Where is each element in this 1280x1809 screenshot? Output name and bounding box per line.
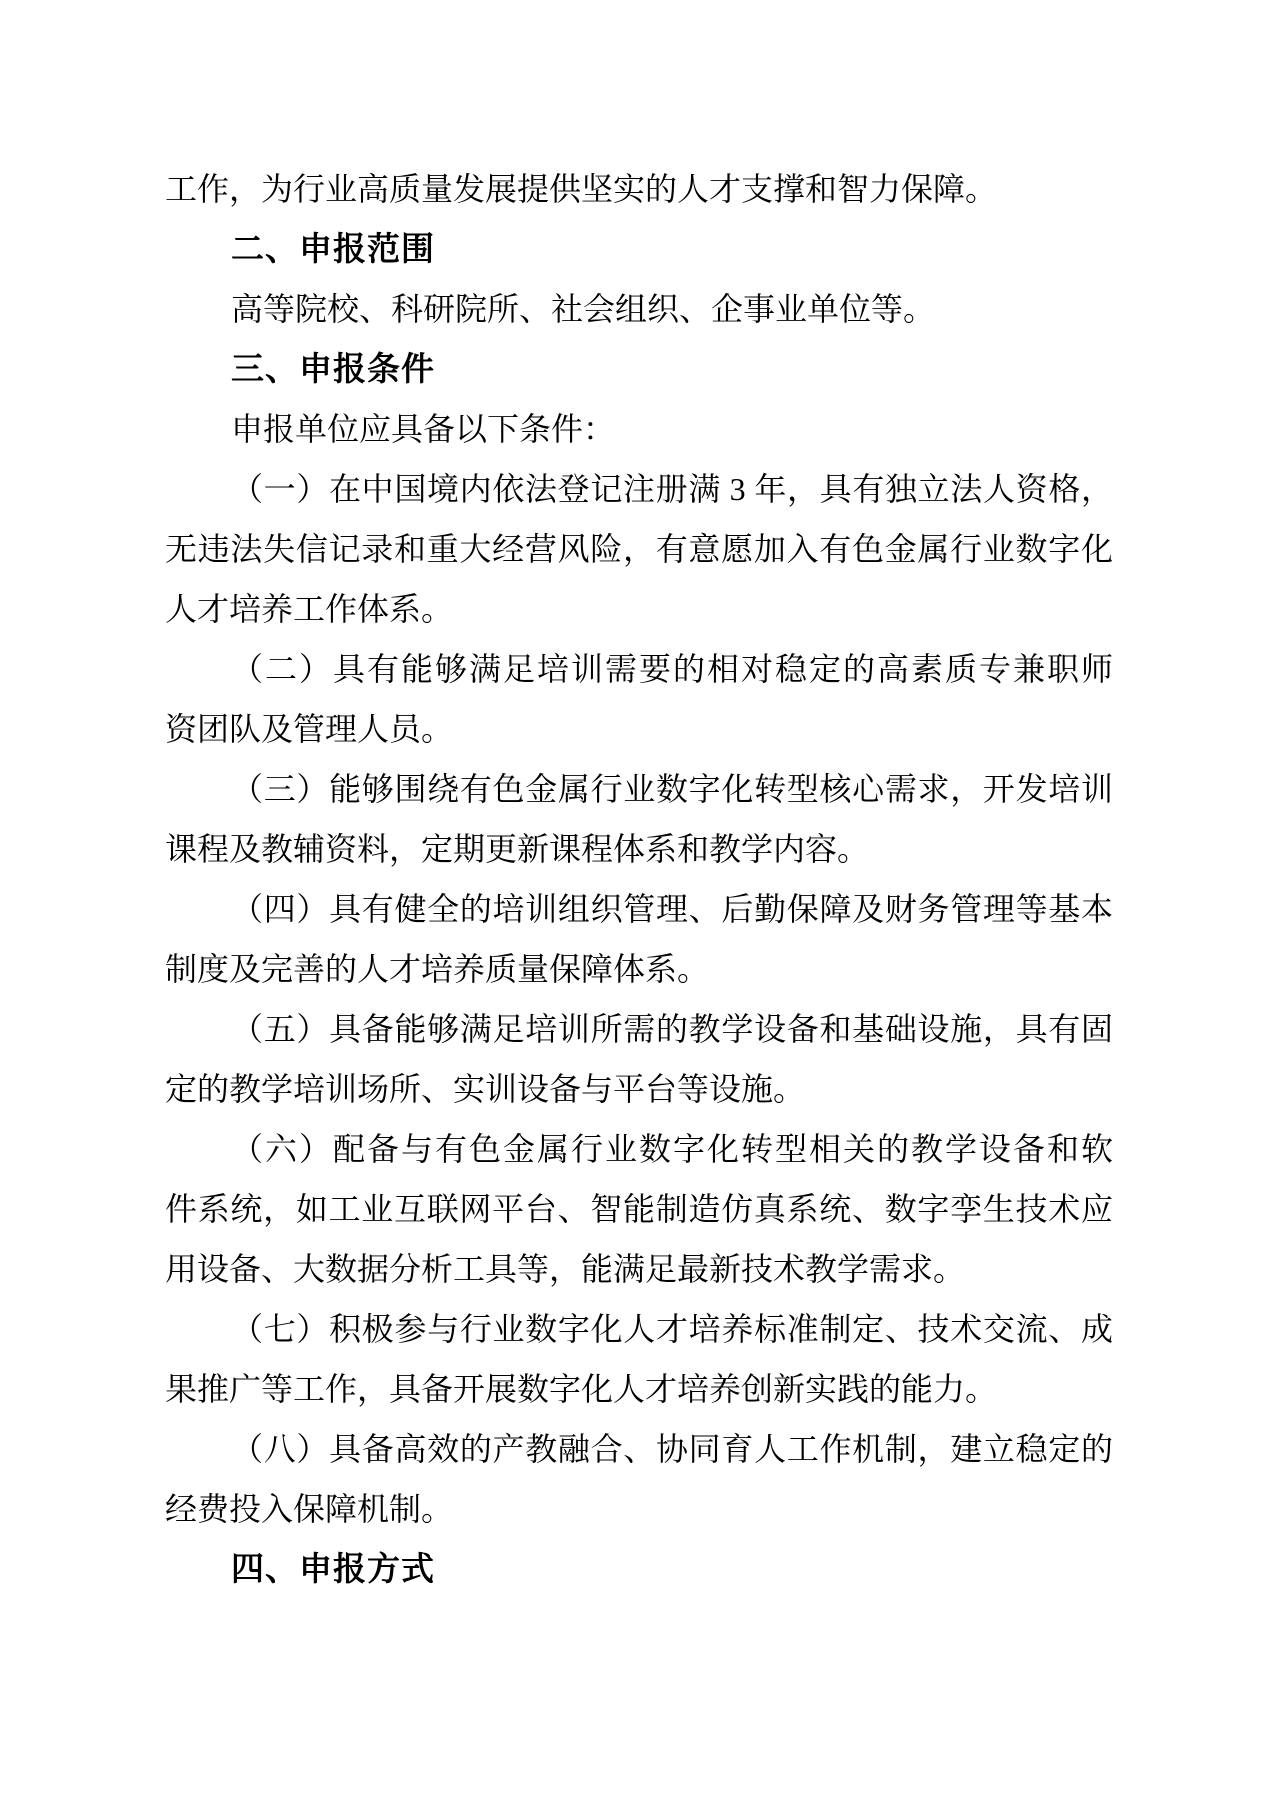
text-line: 无违法失信记录和重大经营风险，有意愿加入有色金属行业数字化 <box>165 519 1113 579</box>
text-line: 高等院校、科研院所、社会组织、企事业单位等。 <box>165 279 1113 339</box>
text-line: （一）在中国境内依法登记注册满 3 年，具有独立法人资格， <box>165 459 1113 519</box>
paragraph: （六）配备与有色金属行业数字化转型相关的教学设备和软件系统，如工业互联网平台、智… <box>165 1119 1113 1299</box>
document-page: 工作，为行业高质量发展提供坚实的人才支撑和智力保障。二、申报范围高等院校、科研院… <box>0 0 1280 1809</box>
text-line: 件系统，如工业互联网平台、智能制造仿真系统、数字孪生技术应 <box>165 1179 1113 1239</box>
section-heading: 三、申报条件 <box>165 339 1113 399</box>
text-line: 经费投入保障机制。 <box>165 1479 1113 1539</box>
text-line: 三、申报条件 <box>165 339 1113 399</box>
paragraph: （一）在中国境内依法登记注册满 3 年，具有独立法人资格，无违法失信记录和重大经… <box>165 459 1113 639</box>
text-line: （八）具备高效的产教融合、协同育人工作机制，建立稳定的 <box>165 1419 1113 1479</box>
text-line: （七）积极参与行业数字化人才培养标准制定、技术交流、成 <box>165 1299 1113 1359</box>
text-line: 用设备、大数据分析工具等，能满足最新技术教学需求。 <box>165 1239 1113 1299</box>
text-line: 资团队及管理人员。 <box>165 699 1113 759</box>
paragraph: （二）具有能够满足培训需要的相对稳定的高素质专兼职师资团队及管理人员。 <box>165 639 1113 759</box>
paragraph: 申报单位应具备以下条件： <box>165 399 1113 459</box>
text-line: （三）能够围绕有色金属行业数字化转型核心需求，开发培训 <box>165 759 1113 819</box>
text-line: 制度及完善的人才培养质量保障体系。 <box>165 939 1113 999</box>
paragraph: （七）积极参与行业数字化人才培养标准制定、技术交流、成果推广等工作，具备开展数字… <box>165 1299 1113 1419</box>
text-line: （二）具有能够满足培训需要的相对稳定的高素质专兼职师 <box>165 639 1113 699</box>
text-line: 四、申报方式 <box>165 1539 1113 1599</box>
text-line: 人才培养工作体系。 <box>165 579 1113 639</box>
text-line: 课程及教辅资料，定期更新课程体系和教学内容。 <box>165 819 1113 879</box>
text-line: 定的教学培训场所、实训设备与平台等设施。 <box>165 1059 1113 1119</box>
text-line: 二、申报范围 <box>165 219 1113 279</box>
paragraph: （四）具有健全的培训组织管理、后勤保障及财务管理等基本制度及完善的人才培养质量保… <box>165 879 1113 999</box>
section-heading: 二、申报范围 <box>165 219 1113 279</box>
paragraph: （八）具备高效的产教融合、协同育人工作机制，建立稳定的经费投入保障机制。 <box>165 1419 1113 1539</box>
paragraph: （三）能够围绕有色金属行业数字化转型核心需求，开发培训课程及教辅资料，定期更新课… <box>165 759 1113 879</box>
text-line: 工作，为行业高质量发展提供坚实的人才支撑和智力保障。 <box>165 159 1113 219</box>
paragraph: （五）具备能够满足培训所需的教学设备和基础设施，具有固定的教学培训场所、实训设备… <box>165 999 1113 1119</box>
paragraph: 高等院校、科研院所、社会组织、企事业单位等。 <box>165 279 1113 339</box>
text-line: 申报单位应具备以下条件： <box>165 399 1113 459</box>
text-line: 果推广等工作，具备开展数字化人才培养创新实践的能力。 <box>165 1359 1113 1419</box>
text-line: （四）具有健全的培训组织管理、后勤保障及财务管理等基本 <box>165 879 1113 939</box>
text-line: （六）配备与有色金属行业数字化转型相关的教学设备和软 <box>165 1119 1113 1179</box>
section-heading: 四、申报方式 <box>165 1539 1113 1599</box>
text-line: （五）具备能够满足培训所需的教学设备和基础设施，具有固 <box>165 999 1113 1059</box>
paragraph: 工作，为行业高质量发展提供坚实的人才支撑和智力保障。 <box>165 159 1113 219</box>
